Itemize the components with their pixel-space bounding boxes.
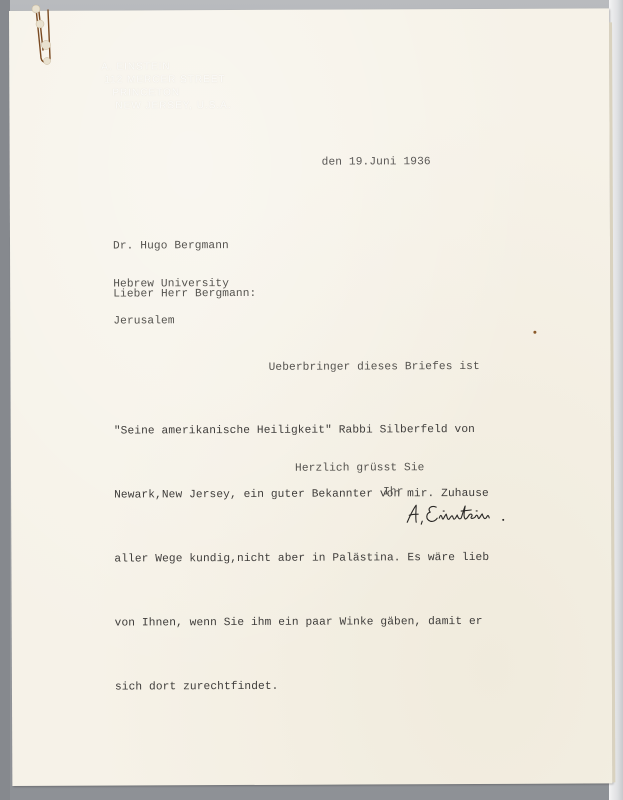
recipient-name: Dr. Hugo Bergmann: [113, 240, 229, 253]
signature-period: [502, 519, 504, 521]
handwritten-signature: A. Einstein.: [403, 500, 518, 531]
body-line: von Ihnen, wenn Sie ihm ein paar Winke g…: [115, 612, 490, 635]
body-line: sich dort zurechtfindet.: [115, 676, 490, 699]
letterhead-line: A. EINSTEIN: [101, 60, 231, 74]
body-line: aller Wege kundig,nicht aber in Palästin…: [114, 548, 489, 571]
closing-line: Herzlich grüsst Sie: [295, 462, 425, 475]
letter-date: den 19.Juni 1936: [322, 156, 431, 168]
closing-pronoun: Ihr: [383, 486, 404, 498]
letter-sheet: A. EINSTEIN 112 MERCER STREET PRINCETON …: [9, 8, 612, 786]
letterhead-line: PRINCETON: [101, 86, 231, 100]
body-line: Ueberbringer dieses Briefes ist: [114, 357, 489, 380]
letterhead-line: 112 MERCER STREET: [101, 73, 231, 87]
body-line: "Seine amerikanische Heiligkeit" Rabbi S…: [114, 420, 489, 443]
paperclip-icon: [24, 0, 64, 70]
rust-speck: [533, 331, 536, 334]
letterhead-line: NEW JERSEY, U.S.A.: [101, 99, 231, 113]
salutation: Lieber Herr Bergmann:: [113, 288, 256, 301]
embossed-letterhead: A. EINSTEIN 112 MERCER STREET PRINCETON …: [101, 60, 231, 113]
